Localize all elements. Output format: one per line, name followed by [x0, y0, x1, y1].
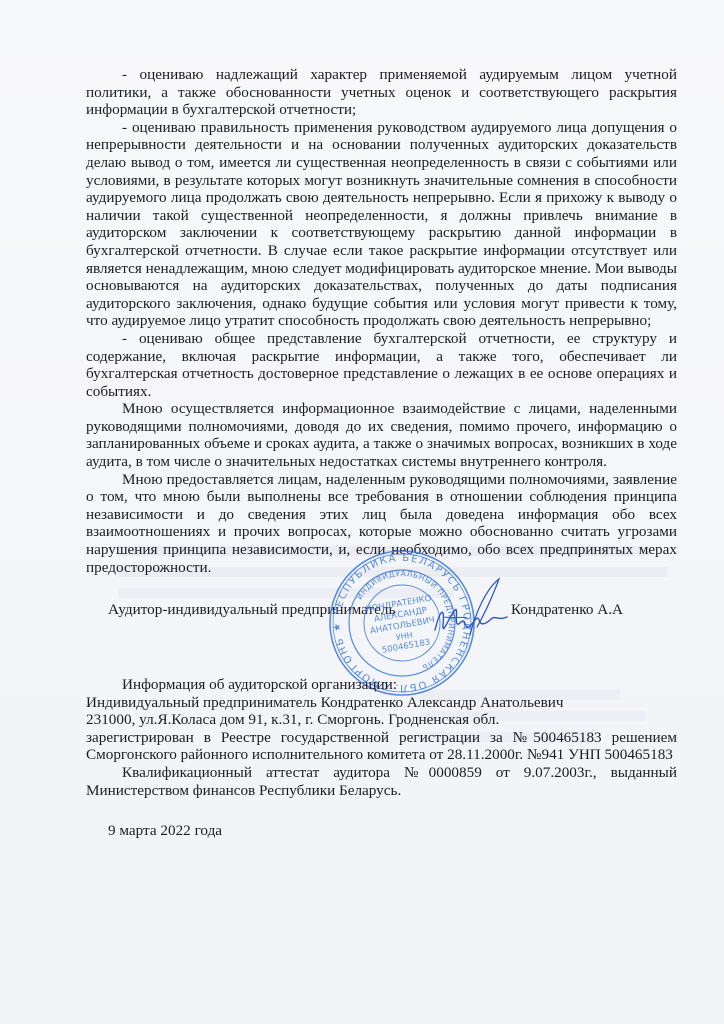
paragraph-communication: Мною осуществляется информационное взаим…: [86, 400, 677, 470]
scanned-page: - оцениваю надлежащий характер применяем…: [0, 0, 724, 1024]
paragraph-overall-presentation: - оцениваю общее представление бухгалтер…: [86, 330, 677, 400]
auditor-info-block: Информация об аудиторской организации: И…: [86, 676, 677, 799]
signer-name: Кондратенко А.А: [511, 601, 623, 619]
auditor-info-line: Индивидуальный предприниматель Кондратен…: [86, 694, 677, 712]
auditor-registration: зарегистрирован в Реестре государственно…: [86, 729, 677, 764]
paragraph-going-concern: - оцениваю правильность применения руков…: [86, 119, 677, 330]
paragraph-accounting-policy: - оцениваю надлежащий характер применяем…: [86, 66, 677, 119]
handwritten-signature-icon: [415, 575, 515, 655]
auditor-certificate: Квалификационный аттестат аудитора №0000…: [86, 764, 677, 799]
document-body: - оцениваю надлежащий характер применяем…: [86, 66, 677, 576]
document-date: 9 марта 2022 года: [108, 822, 222, 840]
auditor-info-heading: Информация об аудиторской организации:: [86, 676, 677, 694]
auditor-info-address: 231000, ул.Я.Коласа дом 91, к.31, г. Смо…: [86, 711, 677, 729]
